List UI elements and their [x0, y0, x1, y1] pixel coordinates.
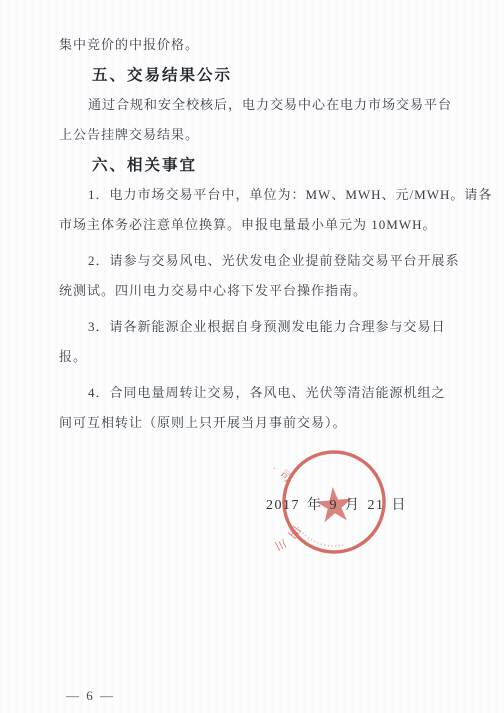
page-number: — 6 — [66, 688, 115, 704]
document-line: 3．请各新能源企业根据自身预测发电能力合理参与交易日 [88, 312, 455, 342]
seal-serial-marks [298, 523, 345, 549]
document-line: 2．请参与交易风电、光伏发电企业提前登陆交易平台开展系 [88, 246, 455, 276]
document-line: 1．电力市场交易平台中，单位为：MW、MWH、元/MWH。请各 [88, 180, 455, 210]
section-heading: 五、交易结果公示 [92, 60, 455, 90]
document-line: 4．合同电量周转让交易，各风电、光伏等清洁能源机组之 [88, 378, 455, 408]
document-line: 市场主体务必注意单位换算。申报电量最小单元为 10MWH。 [59, 210, 455, 240]
document-body: 集中竞价的中报价格。五、交易结果公示通过合规和安全校核后，电力交易中心在电力市场… [59, 30, 455, 438]
issue-date: 2017 年 9 月 21 日 [266, 494, 407, 514]
document-line: 报。 [59, 342, 455, 372]
document-line: 统测试。四川电力交易中心将下发平台操作指南。 [59, 276, 455, 306]
scanned-document-page: 集中竞价的中报价格。五、交易结果公示通过合规和安全校核后，电力交易中心在电力市场… [0, 0, 504, 713]
document-line: 间可互相转让（原则上只开展当月事前交易）。 [59, 408, 455, 438]
document-line: 上公告挂牌交易结果。 [59, 120, 455, 150]
document-line: 通过合规和安全校核后，电力交易中心在电力市场交易平台 [88, 90, 455, 120]
document-line: 集中竞价的中报价格。 [59, 30, 455, 60]
section-heading: 六、相关事宜 [92, 150, 455, 180]
